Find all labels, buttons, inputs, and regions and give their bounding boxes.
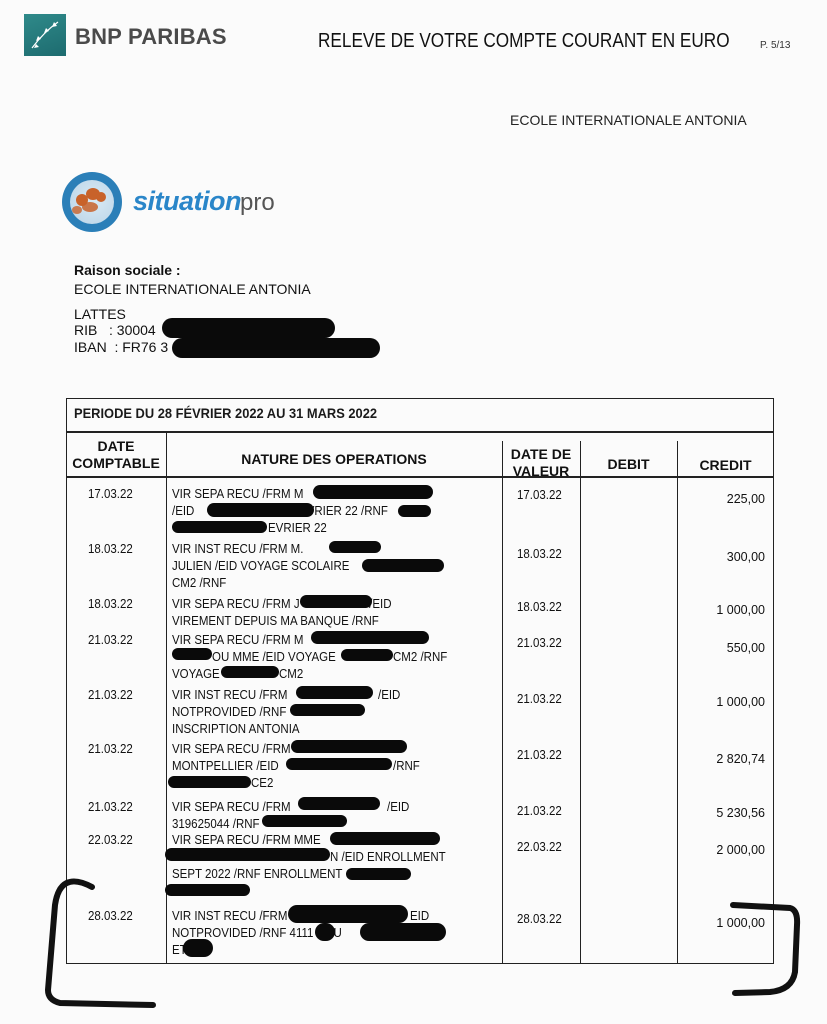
marker-bracket-annotation (0, 0, 827, 1024)
